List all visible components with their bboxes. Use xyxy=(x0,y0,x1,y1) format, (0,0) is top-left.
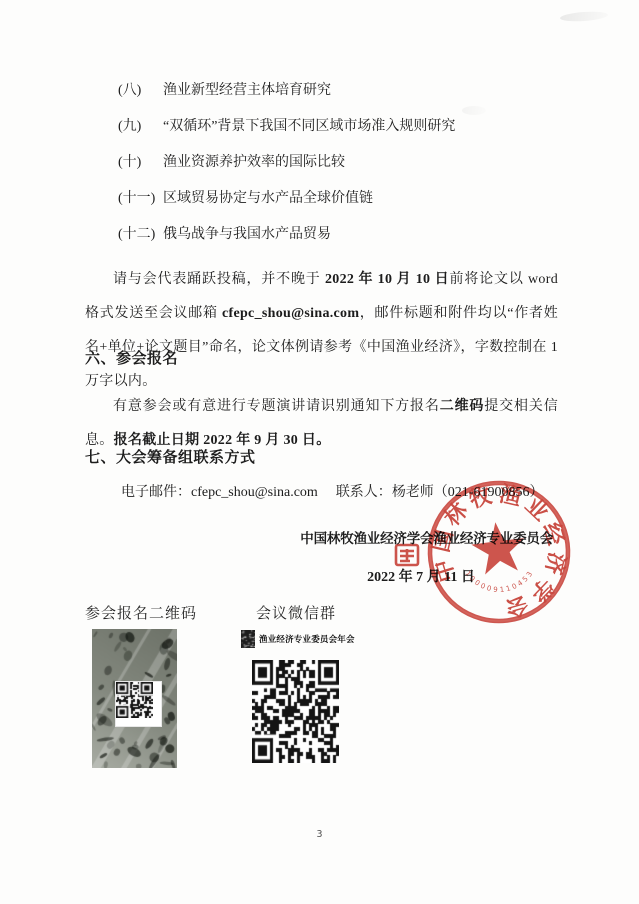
list-item: (十) 渔业资源养护效率的国际比较 xyxy=(118,153,558,189)
registration-photo xyxy=(92,629,177,768)
list-item: (十二) 俄乌战争与我国水产品贸易 xyxy=(118,225,558,261)
group-avatar xyxy=(241,630,255,648)
seal-fragment xyxy=(394,543,420,567)
contact-email: cfepc_shou@sina.com xyxy=(191,485,318,500)
document-page: (八) 渔业新型经营主体培育研究 (九) “双循环”背景下我国不同区域市场准入规… xyxy=(0,0,639,904)
registration-qr-plate xyxy=(116,682,161,726)
list-item-number: (十二) xyxy=(118,225,163,261)
topic-list: (八) 渔业新型经营主体培育研究 (九) “双循环”背景下我国不同区域市场准入规… xyxy=(118,81,558,261)
list-item-number: (八) xyxy=(118,81,163,117)
wechat-qr-code xyxy=(252,660,339,763)
paragraph-text: 请与会代表踊跃投稿，并不晚于 xyxy=(113,272,325,287)
list-item: (十一) 区域贸易协定与水产品全球价值链 xyxy=(118,189,558,225)
scan-artifact xyxy=(560,10,609,22)
contact-person-label: 联系人： xyxy=(336,485,392,500)
section-heading-registration: 六、参会报名 xyxy=(85,347,178,368)
list-item: (八) 渔业新型经营主体培育研究 xyxy=(118,81,558,117)
submission-paragraph: 请与会代表踊跃投稿，并不晚于 2022 年 10 月 10 日前将论文以 wor… xyxy=(85,263,558,399)
group-name: 渔业经济专业委员会年会 xyxy=(259,633,355,645)
list-item: (九) “双循环”背景下我国不同区域市场准入规则研究 xyxy=(118,117,558,153)
email-label: 电子邮件： xyxy=(121,485,191,500)
list-item-text: “双循环”背景下我国不同区域市场准入规则研究 xyxy=(163,117,455,153)
list-item-number: (九) xyxy=(118,117,163,153)
list-item-text: 渔业新型经营主体培育研究 xyxy=(163,81,331,117)
list-item-text: 渔业资源养护效率的国际比较 xyxy=(163,153,345,189)
paragraph-text: 有意参会或有意进行专题演讲请识别通知下方报名 xyxy=(113,399,440,414)
official-seal: 中国林牧渔业经济学会 100009110453 xyxy=(424,477,574,627)
list-item-text: 区域贸易协定与水产品全球价值链 xyxy=(163,189,373,225)
submission-deadline: 2022 年 10 月 10 日 xyxy=(325,272,450,287)
section-heading-contact: 七、大会筹备组联系方式 xyxy=(85,446,256,467)
page-number: 3 xyxy=(0,829,639,840)
wechat-group-label: 会议微信群 xyxy=(256,602,336,623)
registration-qr-label: 参会报名二维码 xyxy=(85,602,197,623)
list-item-number: (十) xyxy=(118,153,163,189)
submission-email: cfepc_shou@sina.com xyxy=(222,306,359,321)
registration-qr-code xyxy=(116,682,153,718)
wechat-group-chip: 渔业经济专业委员会年会 xyxy=(241,630,355,648)
qr-word: 二维码 xyxy=(440,399,485,414)
seal-star xyxy=(469,519,528,576)
list-item-text: 俄乌战争与我国水产品贸易 xyxy=(163,225,331,261)
list-item-number: (十一) xyxy=(118,189,163,225)
